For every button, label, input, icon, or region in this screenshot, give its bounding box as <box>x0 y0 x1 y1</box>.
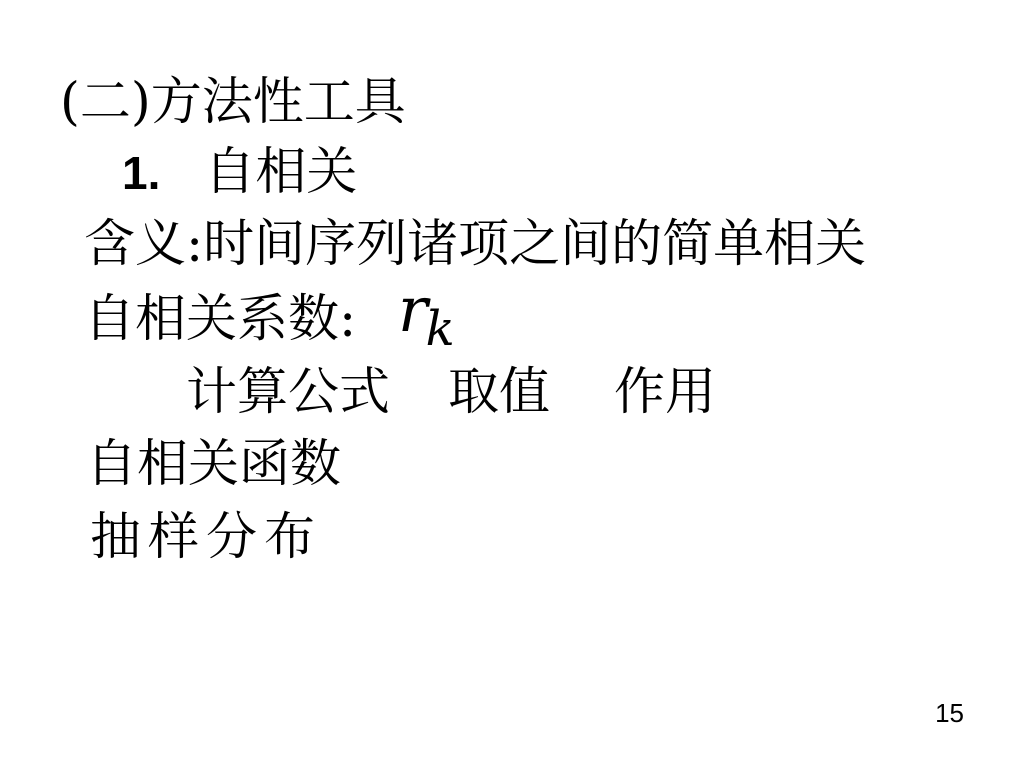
autocorrelation-coefficient-symbol: rk <box>398 279 457 341</box>
item-title: 自相关 <box>204 143 357 202</box>
topic-usage: 作用 <box>614 363 716 422</box>
formula-topics-row: 计算公式取值作用 <box>186 364 716 422</box>
topic-value-range: 取值 <box>448 363 550 422</box>
autocorrelation-function-line: 自相关函数 <box>86 436 341 494</box>
symbol-k-subscript: k <box>426 305 455 353</box>
symbol-r: r <box>398 279 428 341</box>
page-number: 15 <box>935 698 964 728</box>
section-heading: (二)方法性工具 <box>60 74 406 132</box>
slide: (二)方法性工具 1.自相关 含义:时间序列诸项之间的简单相关 自相关系数: r… <box>0 0 1024 768</box>
coefficient-label: 自相关系数: <box>84 291 356 349</box>
sampling-distribution-line: 抽样分布 <box>90 509 322 567</box>
topic-calculation-formula: 计算公式 <box>186 363 390 422</box>
item-number: 1. <box>122 147 160 199</box>
definition-line: 含义:时间序列诸项之间的简单相关 <box>84 216 866 274</box>
numbered-item: 1.自相关 <box>122 144 357 202</box>
